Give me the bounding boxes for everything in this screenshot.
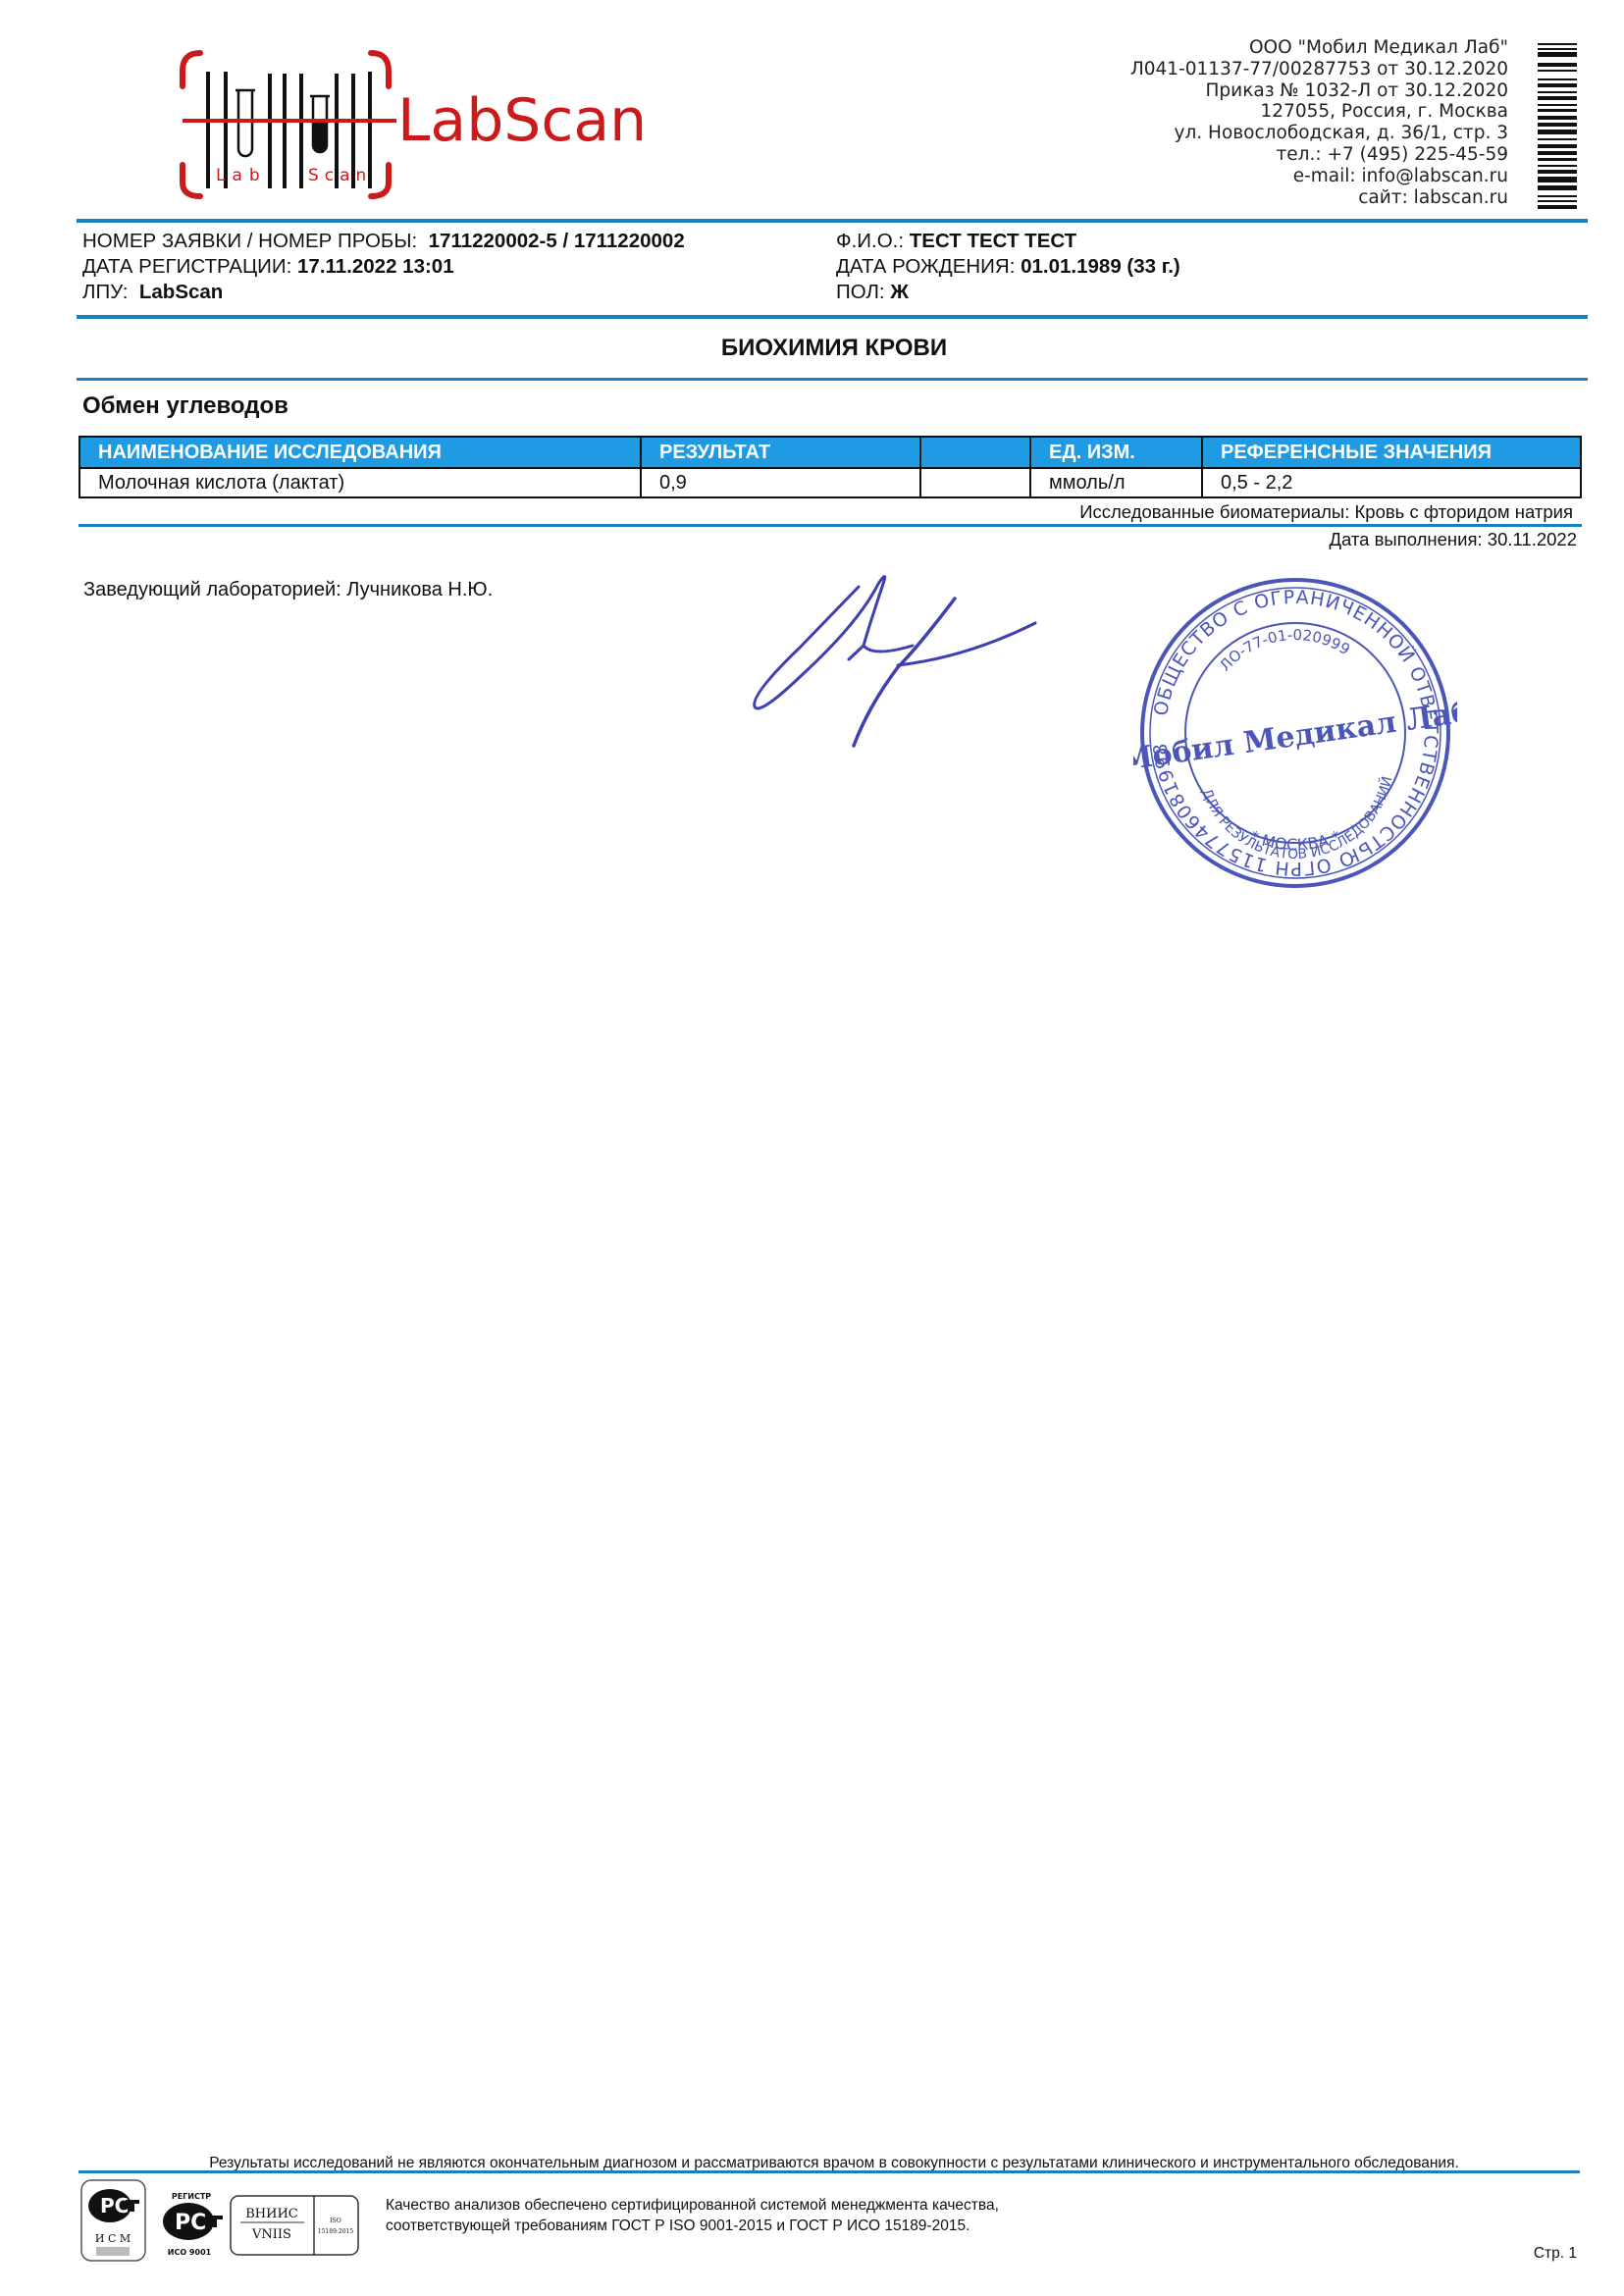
- certification-logos: РС И С М РЕГИСТР РС ИСО 9001 ВНИИС VNIIS…: [79, 2176, 373, 2270]
- svg-text:ВНИИС: ВНИИС: [245, 2207, 298, 2221]
- table-row: Молочная кислота (лактат) 0,9 ммоль/л 0,…: [79, 468, 1581, 497]
- test-result: 0,9: [641, 468, 920, 497]
- svg-text:ИСО 9001: ИСО 9001: [168, 2248, 212, 2257]
- company-info: ООО "Мобил Медикал Лаб" Л041-01137-77/00…: [1130, 37, 1508, 208]
- patient-sex: Ж: [890, 281, 909, 303]
- col-reference: РЕФЕРЕНСНЫЕ ЗНАЧЕНИЯ: [1202, 437, 1581, 468]
- lpu-name: LabScan: [139, 281, 223, 303]
- col-flag: [920, 437, 1030, 468]
- order-number: 1711220002-5 / 1711220002: [429, 230, 685, 252]
- svg-text:РС: РС: [175, 2211, 206, 2235]
- completion-date: Дата выполнения: 30.11.2022: [1330, 529, 1578, 550]
- col-units: ЕД. ИЗМ.: [1030, 437, 1202, 468]
- test-flag: [920, 468, 1030, 497]
- vniis-icon: ВНИИС VNIIS ISO 15189:2015: [231, 2196, 358, 2255]
- svg-text:РС: РС: [100, 2194, 129, 2218]
- results-table: НАИМЕНОВАНИЕ ИССЛЕДОВАНИЯ РЕЗУЛЬТАТ ЕД. …: [79, 436, 1582, 498]
- biomaterial-note: Исследованные биоматериалы: Кровь с фтор…: [1079, 501, 1573, 523]
- svg-text:РЕГИСТР: РЕГИСТР: [172, 2192, 211, 2201]
- patient-dob: 01.01.1989 (33 г.): [1021, 255, 1180, 278]
- header-divider: [77, 219, 1588, 223]
- svg-text:15189:2015: 15189:2015: [318, 2228, 354, 2235]
- barcode-tube-icon: Lab Scan: [177, 39, 397, 206]
- gost-registry-icon: РЕГИСТР РС ИСО 9001: [163, 2192, 223, 2257]
- company-phone: тел.: +7 (495) 225-45-59: [1130, 144, 1508, 166]
- head-of-lab: Заведующий лабораторией: Лучникова Н.Ю.: [83, 579, 493, 601]
- company-license: Л041-01137-77/00287753 от 30.12.2020: [1130, 59, 1508, 80]
- section-title: БИОХИМИЯ КРОВИ: [0, 335, 1624, 362]
- gost-ism-icon: РС И С М: [81, 2180, 145, 2261]
- order-info: НОМЕР ЗАЯВКИ / НОМЕР ПРОБЫ: 1711220002-5…: [82, 229, 685, 305]
- svg-text:«Мобил Медикал Лаб»: «Мобил Медикал Лаб»: [1133, 692, 1457, 780]
- footer-divider: [79, 2170, 1580, 2173]
- company-email: e-mail: info@labscan.ru: [1130, 166, 1508, 187]
- svg-text:И С М: И С М: [95, 2232, 131, 2245]
- stamp-icon: ОБЩЕСТВО С ОГРАНИЧЕННОЙ ОТВЕТСТВЕННОСТЬЮ…: [1133, 574, 1457, 893]
- patient-divider: [77, 315, 1588, 319]
- table-header-row: НАИМЕНОВАНИЕ ИССЛЕДОВАНИЯ РЕЗУЛЬТАТ ЕД. …: [79, 437, 1581, 468]
- signature-icon: [741, 569, 1055, 765]
- company-city: 127055, Россия, г. Москва: [1130, 101, 1508, 123]
- patient-info: Ф.И.О.: ТЕСТ ТЕСТ ТЕСТ ДАТА РОЖДЕНИЯ: 01…: [836, 229, 1180, 305]
- brand-name: LabScan: [397, 86, 647, 155]
- test-reference: 0,5 - 2,2: [1202, 468, 1581, 497]
- section-divider: [77, 378, 1588, 381]
- company-street: ул. Новослободская, д. 36/1, стр. 3: [1130, 123, 1508, 144]
- company-site: сайт: labscan.ru: [1130, 187, 1508, 209]
- barcode-icon: [1538, 43, 1577, 212]
- svg-text:Lab: Lab: [216, 166, 267, 185]
- svg-text:Scan: Scan: [308, 166, 372, 185]
- test-name: Молочная кислота (лактат): [79, 468, 641, 497]
- company-order: Приказ № 1032-Л от 30.12.2020: [1130, 80, 1508, 102]
- col-result: РЕЗУЛЬТАТ: [641, 437, 920, 468]
- col-test-name: НАИМЕНОВАНИЕ ИССЛЕДОВАНИЯ: [79, 437, 641, 468]
- registration-date: 17.11.2022 13:01: [297, 255, 454, 278]
- svg-text:VNIIS: VNIIS: [251, 2227, 291, 2242]
- company-name: ООО "Мобил Медикал Лаб": [1130, 37, 1508, 59]
- svg-text:ЛО-77-01-020999: ЛО-77-01-020999: [1216, 626, 1353, 675]
- quality-statement: Качество анализов обеспечено сертифициро…: [386, 2195, 999, 2236]
- svg-text:ISO: ISO: [330, 2218, 341, 2224]
- biomaterial-divider: [79, 524, 1582, 527]
- test-units: ммоль/л: [1030, 468, 1202, 497]
- page-number: Стр. 1: [1534, 2245, 1577, 2263]
- labscan-logo: Lab Scan LabScan: [177, 39, 667, 206]
- group-title: Обмен углеводов: [82, 392, 288, 420]
- patient-name: ТЕСТ ТЕСТ ТЕСТ: [910, 230, 1076, 252]
